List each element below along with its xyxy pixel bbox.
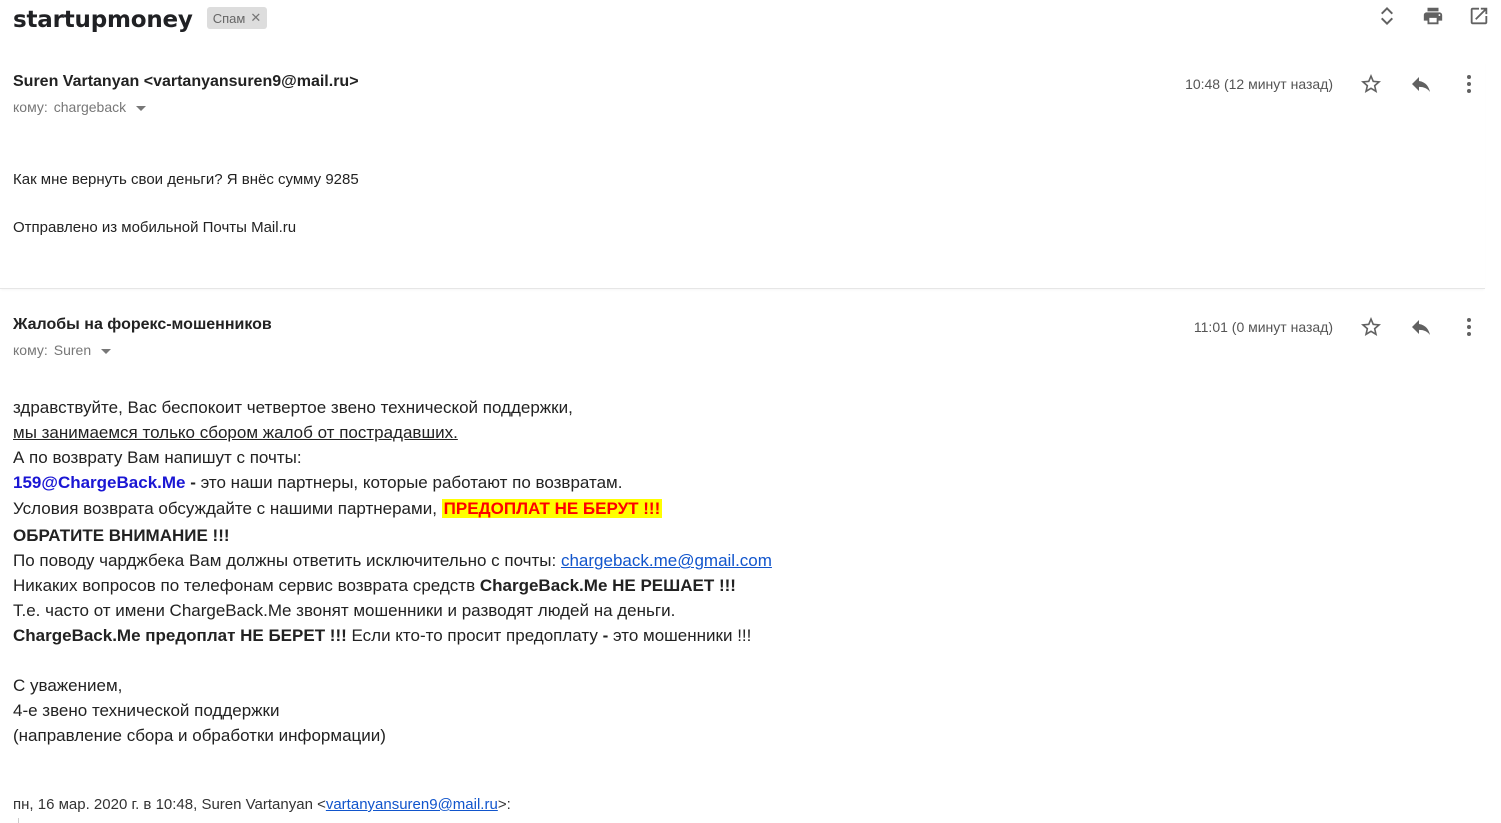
show-details-caret-icon[interactable] [136,106,146,111]
message-meta: 10:48 (12 минут назад) [1185,72,1485,96]
sender-name[interactable]: Жалобы на форекс-мошенников [13,316,272,334]
signature-line: 4-е звено технической поддержки [13,698,772,723]
chargeback-email-link[interactable]: chargeback.me@gmail.com [561,551,772,570]
reply-icon[interactable] [1409,72,1433,96]
open-in-new-window-icon[interactable] [1467,4,1491,28]
reply-icon[interactable] [1409,315,1433,339]
show-details-caret-icon[interactable] [101,349,111,354]
quote-suffix: >: [498,796,511,813]
more-options-icon[interactable] [1457,72,1481,96]
body-line: Как мне вернуть свои деньги? Я внёс сумм… [13,170,359,190]
star-icon[interactable] [1359,72,1383,96]
recipient-name: Suren [54,342,91,358]
thread-subject: startupmoney [13,7,193,33]
message-time: 10:48 (12 минут назад) [1185,76,1333,92]
body-signature: Отправлено из мобильной Почты Mail.ru [13,218,359,238]
dash: - [186,473,201,492]
recipient-name: chargeback [54,99,126,115]
attention-heading: ОБРАТИТЕ ВНИМАНИЕ !!! [13,523,772,548]
star-icon[interactable] [1359,315,1383,339]
signature-line: С уважением, [13,673,772,698]
body-line: ChargeBack.Me предоплат НЕ БЕРЕТ !!! Есл… [13,623,772,648]
text: По поводу чарджбека Вам должны ответить … [13,551,561,570]
quote-prefix: пн, 16 мар. 2020 г. в 10:48, Suren Varta… [13,796,326,813]
bold-text: ChargeBack.Me предоплат НЕ БЕРЕТ !!! [13,626,347,645]
bold-text: ChargeBack.Me НЕ РЕШАЕТ !!! [480,576,736,595]
partner-email: 159@ChargeBack.Me [13,473,186,492]
text: это наши партнеры, которые работают по в… [201,473,623,492]
body-line: По поводу чарджбека Вам должны ответить … [13,548,772,573]
spam-label-chip[interactable]: Спам ✕ [207,7,268,29]
text: это мошенники !!! [608,626,751,645]
quoted-sender-email-link[interactable]: vartanyansuren9@mail.ru [326,796,498,813]
body-line: 159@ChargeBack.Me - это наши партнеры, к… [13,470,772,495]
body-line: здравствуйте, Вас беспокоит четвертое зв… [13,395,772,420]
body-line: Никаких вопросов по телефонам сервис воз… [13,573,772,598]
close-icon[interactable]: ✕ [250,10,261,26]
recipient-label: кому: [13,99,48,115]
body-line-underlined: мы занимаемся только сбором жалоб от пос… [13,420,772,445]
message-body: Как мне вернуть свои деньги? Я внёс сумм… [13,170,359,266]
recipient-line: кому: Suren [13,342,111,358]
more-options-icon[interactable] [1457,315,1481,339]
sender-name[interactable]: Suren Vartanyan <vartanyansuren9@mail.ru… [13,73,359,91]
text: Никаких вопросов по телефонам сервис воз… [13,576,480,595]
body-line: А по возврату Вам напишут с почты: [13,445,772,470]
message-meta: 11:01 (0 минут назад) [1194,315,1485,339]
thread-header: startupmoney Спам ✕ [13,0,267,40]
warning-highlight: ПРЕДОПЛАТ НЕ БЕРУТ !!! [442,499,663,518]
message-card: Suren Vartanyan <vartanyansuren9@mail.ru… [0,60,1485,289]
quoted-message-header: пн, 16 мар. 2020 г. в 10:48, Suren Varta… [13,796,511,813]
signature-line: (направление сбора и обработки информаци… [13,723,772,748]
recipient-line: кому: chargeback [13,99,146,115]
message-body: здравствуйте, Вас беспокоит четвертое зв… [13,395,772,748]
recipient-label: кому: [13,342,48,358]
text: Условия возврата обсуждайте с нашими пар… [13,499,442,518]
print-icon[interactable] [1421,4,1445,28]
thread-actions [1375,4,1491,28]
quote-divider [18,818,19,823]
text: Если кто-то просит предоплату [347,626,603,645]
body-line: Условия возврата обсуждайте с нашими пар… [13,496,772,521]
expand-collapse-icon[interactable] [1375,4,1399,28]
body-line: Т.е. часто от имени ChargeBack.Me звонят… [13,598,772,623]
message-time: 11:01 (0 минут назад) [1194,319,1333,335]
label-text: Спам [213,11,246,26]
